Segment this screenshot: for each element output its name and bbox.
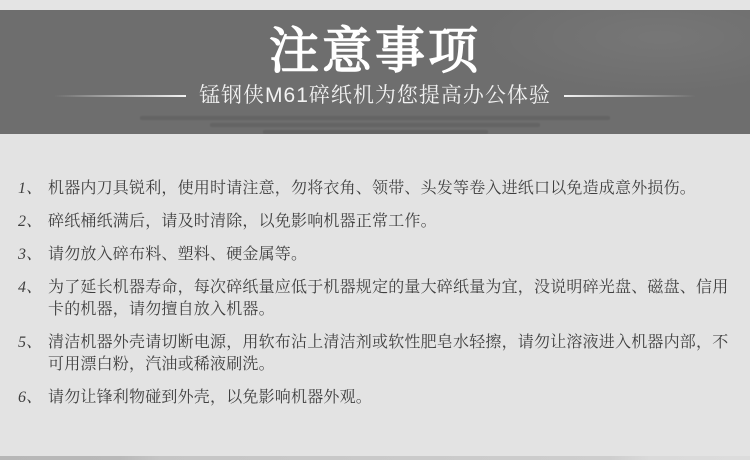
subtitle-row: 锰钢侠M61碎纸机为您提高办公体验 (0, 85, 750, 107)
watermark-line (140, 116, 610, 120)
notice-text: 请勿放入碎布料、塑料、硬金属等。 (48, 244, 736, 266)
notice-list: 1、 机器内刀具锐利，使用时请注意，勿将衣角、领带、头发等卷入进纸口以免造成意外… (18, 178, 736, 409)
notice-number: 4、 (18, 277, 48, 299)
notice-text: 清洁机器外壳请切断电源，用软布沾上清洁剂或软性肥皂水轻擦，请勿让溶液进入机器内部… (48, 332, 736, 376)
watermark-line (210, 123, 540, 127)
notice-number: 2、 (18, 211, 48, 233)
page-subtitle: 锰钢侠M61碎纸机为您提高办公体验 (199, 85, 551, 107)
notice-item: 6、 请勿让锋利物碰到外壳，以免影响机器外观。 (18, 387, 736, 409)
notice-text: 请勿让锋利物碰到外壳，以免影响机器外观。 (48, 387, 736, 409)
notice-text: 机器内刀具锐利，使用时请注意，勿将衣角、领带、头发等卷入进纸口以免造成意外损伤。 (48, 178, 736, 200)
subtitle-divider-left (54, 95, 186, 97)
notice-item: 1、 机器内刀具锐利，使用时请注意，勿将衣角、领带、头发等卷入进纸口以免造成意外… (18, 178, 736, 200)
notice-item: 4、 为了延长机器寿命，每次碎纸量应低于机器规定的量大碎纸量为宜，没说明碎光盘、… (18, 277, 736, 321)
page-title: 注意事项 (0, 10, 750, 78)
notice-item: 3、 请勿放入碎布料、塑料、硬金属等。 (18, 244, 736, 266)
bottom-edge-strip (0, 456, 750, 460)
notice-number: 6、 (18, 387, 48, 409)
watermark-text-lines (0, 116, 750, 134)
notice-text: 碎纸桶纸满后，请及时清除，以免影响机器正常工作。 (48, 211, 736, 233)
watermark-line (263, 130, 488, 134)
notice-text: 为了延长机器寿命，每次碎纸量应低于机器规定的量大碎纸量为宜，没说明碎光盘、磁盘、… (48, 277, 736, 321)
notice-banner: 注意事项 锰钢侠M61碎纸机为您提高办公体验 (0, 10, 750, 134)
top-strip (0, 0, 750, 10)
notice-number: 3、 (18, 244, 48, 266)
notice-number: 1、 (18, 178, 48, 200)
notice-number: 5、 (18, 332, 48, 354)
subtitle-divider-right (564, 95, 696, 97)
notice-item: 2、 碎纸桶纸满后，请及时清除，以免影响机器正常工作。 (18, 211, 736, 233)
content-area: 1、 机器内刀具锐利，使用时请注意，勿将衣角、领带、头发等卷入进纸口以免造成意外… (0, 134, 750, 409)
notice-item: 5、 清洁机器外壳请切断电源，用软布沾上清洁剂或软性肥皂水轻擦，请勿让溶液进入机… (18, 332, 736, 376)
